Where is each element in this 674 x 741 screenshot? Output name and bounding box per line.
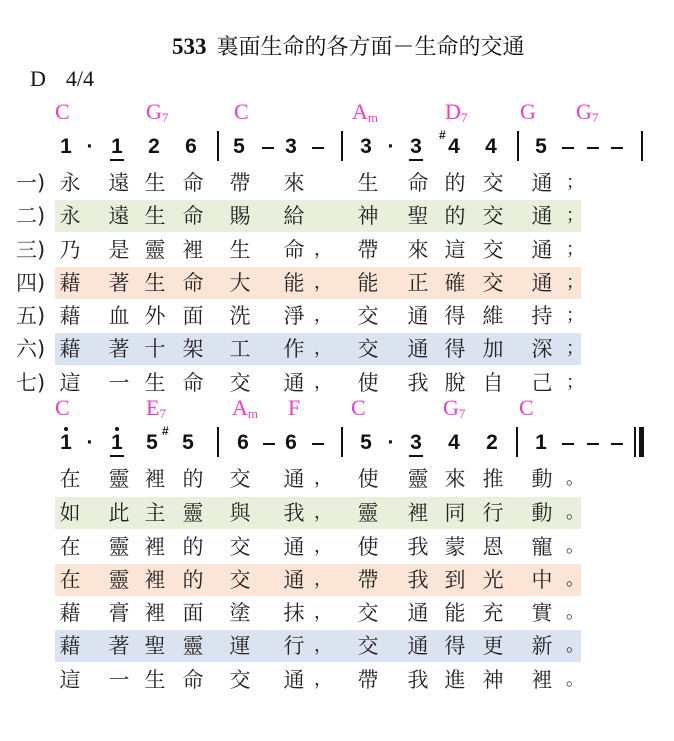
- lyric-char: 靈: [406, 467, 430, 491]
- lyric-punctuation: ；: [566, 204, 584, 228]
- lyric-char: 生: [143, 204, 167, 228]
- lyric-char: 更: [481, 634, 505, 658]
- lyric-char: 靈: [356, 501, 380, 525]
- chord: C: [351, 395, 366, 422]
- lyric-char: 交: [228, 535, 252, 559]
- note: 3: [280, 135, 302, 159]
- lyric-char: 通: [282, 668, 306, 692]
- lyric-char: 恩: [481, 535, 505, 559]
- time-signature: 4/4: [66, 66, 94, 91]
- note: 2: [481, 431, 503, 455]
- sustain-dash: [587, 443, 599, 445]
- lyric-punctuation: 。: [566, 634, 584, 658]
- lyric-char: 主: [143, 501, 167, 525]
- bar-line: [217, 427, 219, 457]
- chord: Am: [352, 99, 378, 126]
- lyric-char: 蒙: [443, 535, 467, 559]
- lyric-punctuation: ，: [314, 304, 332, 328]
- lyric-char: 靈: [143, 238, 167, 262]
- lyric-char: 到: [443, 568, 467, 592]
- lyric-char: 在: [58, 535, 82, 559]
- lyric-char: 著: [107, 337, 131, 361]
- final-barline-thin: [634, 427, 636, 457]
- lyric-char: 使: [356, 467, 380, 491]
- lyric-char: 靈: [107, 568, 131, 592]
- lyric-char: 遠: [107, 171, 131, 195]
- hymn-title: 533裏面生命的各方面－生命的交通: [172, 30, 525, 61]
- verse-number: 七): [16, 371, 45, 395]
- lyric-char: 神: [356, 204, 380, 228]
- lyric-char: 裡: [143, 601, 167, 625]
- lyric-punctuation: ，: [314, 568, 332, 592]
- lyric-char: 此: [107, 501, 131, 525]
- lyric-char: 動: [530, 467, 554, 491]
- lyric-char: 我: [406, 535, 430, 559]
- lyric-char: 著: [107, 634, 131, 658]
- verse-line: 藉著聖靈運行交通得更新，。: [0, 634, 674, 658]
- verse-number: 二): [16, 204, 45, 228]
- lyric-char: 在: [58, 568, 82, 592]
- lyric-punctuation: ，: [314, 467, 332, 491]
- lyric-char: 得: [443, 634, 467, 658]
- lyric-char: 的: [181, 467, 205, 491]
- lyric-char: 通: [406, 337, 430, 361]
- lyric-punctuation: 。: [566, 501, 584, 525]
- lyric-char: 能: [282, 271, 306, 295]
- sharp-sign: #: [162, 424, 169, 438]
- lyric-char: 生: [356, 171, 380, 195]
- note: 4: [480, 135, 502, 159]
- note: 6: [280, 431, 302, 455]
- lyric-char: 聖: [143, 634, 167, 658]
- lyric-char: 一: [107, 371, 131, 395]
- lyric-char: 新: [530, 634, 554, 658]
- lyric-char: 中: [530, 568, 554, 592]
- lyric-char: 的: [443, 204, 467, 228]
- sustain-dash: [587, 147, 599, 149]
- verse-line: 七)這一生命交通使我脫自己，；: [0, 371, 674, 395]
- note-underlined: 3: [405, 431, 427, 455]
- note: 6: [232, 431, 254, 455]
- lyric-char: 命: [181, 371, 205, 395]
- lyric-punctuation: ，: [314, 371, 332, 395]
- lyric-char: 乃: [58, 238, 82, 262]
- chord: C: [519, 395, 534, 422]
- lyric-char: 裡: [406, 501, 430, 525]
- lyric-punctuation: 。: [566, 535, 584, 559]
- lyric-char: 通: [282, 535, 306, 559]
- lyric-char: 洗: [228, 304, 252, 328]
- note: 4: [443, 431, 465, 455]
- lyric-char: 來: [406, 238, 430, 262]
- lyric-char: 交: [481, 171, 505, 195]
- lyric-char: 自: [481, 371, 505, 395]
- lyric-char: 通: [530, 271, 554, 295]
- lyric-char: 如: [58, 501, 82, 525]
- lyric-char: 確: [443, 271, 467, 295]
- lyric-char: 深: [530, 337, 554, 361]
- chord: D7: [445, 99, 467, 126]
- lyric-char: 帶: [228, 171, 252, 195]
- dotted-rhythm: ·: [83, 431, 97, 455]
- lyric-char: 靈: [181, 501, 205, 525]
- note: 1: [530, 431, 552, 455]
- lyric-char: 我: [406, 568, 430, 592]
- lyric-char: 脫: [443, 371, 467, 395]
- lyric-char: 這: [58, 668, 82, 692]
- lyric-char: 來: [443, 467, 467, 491]
- lyric-char: 交: [356, 601, 380, 625]
- note: 5: [141, 431, 163, 455]
- note: 4: [443, 135, 465, 159]
- lyric-char: 靈: [181, 634, 205, 658]
- sustain-dash: [562, 147, 574, 149]
- lyric-char: 裡: [143, 467, 167, 491]
- chord: C: [234, 99, 249, 126]
- lyric-char: 通: [406, 304, 430, 328]
- verse-line: 如此主靈與我靈裡同行動，。: [0, 501, 674, 525]
- note-underlined: 1: [106, 135, 128, 159]
- verse-line: 藉膏裡面塗抹交通能充實，。: [0, 601, 674, 625]
- lyric-char: 帶: [356, 568, 380, 592]
- lyric-punctuation: ，: [314, 337, 332, 361]
- verse-line: 六)藉著十架工作交通得加深，；: [0, 337, 674, 361]
- chord: G7: [443, 395, 465, 422]
- chord: G: [520, 99, 536, 126]
- lyric-punctuation: ，: [314, 271, 332, 295]
- lyric-char: 通: [282, 467, 306, 491]
- chord: C: [55, 395, 70, 422]
- lyric-char: 通: [530, 238, 554, 262]
- lyric-char: 這: [443, 238, 467, 262]
- hymn-title-text: 裏面生命的各方面－生命的交通: [217, 35, 525, 60]
- chord: C: [55, 99, 70, 126]
- note: 5: [228, 135, 250, 159]
- dotted-rhythm: ·: [83, 135, 97, 159]
- lyric-char: 給: [282, 204, 306, 228]
- verse-line: 三)乃是靈裡生命帶來這交通，；: [0, 238, 674, 262]
- lyric-char: 神: [481, 668, 505, 692]
- sustain-dash: [312, 147, 324, 149]
- lyric-char: 的: [181, 568, 205, 592]
- lyric-char: 靈: [107, 467, 131, 491]
- lyric-char: 通: [530, 204, 554, 228]
- lyric-char: 生: [228, 238, 252, 262]
- note: 5: [355, 431, 377, 455]
- lyric-char: 靈: [107, 535, 131, 559]
- lyric-char: 淨: [282, 304, 306, 328]
- bar-line: [641, 131, 643, 161]
- lyric-char: 正: [406, 271, 430, 295]
- lyric-char: 帶: [356, 668, 380, 692]
- chord: Am: [232, 395, 258, 422]
- lyric-char: 與: [228, 501, 252, 525]
- final-barline-thick: [639, 427, 644, 457]
- lyric-char: 持: [530, 304, 554, 328]
- lyric-punctuation: 。: [566, 467, 584, 491]
- lyric-char: 一: [107, 668, 131, 692]
- lyric-char: 賜: [228, 204, 252, 228]
- verse-line: 在靈裡的交通使靈來推動，。: [0, 467, 674, 491]
- note: 1: [55, 135, 77, 159]
- lyric-char: 抹: [282, 601, 306, 625]
- lyric-char: 永: [58, 204, 82, 228]
- lyric-char: 裡: [181, 238, 205, 262]
- lyric-char: 帶: [356, 238, 380, 262]
- lyric-char: 生: [143, 668, 167, 692]
- lyric-char: 通: [282, 371, 306, 395]
- verse-number: 五): [16, 304, 45, 328]
- verse-number: 一): [16, 171, 45, 195]
- verse-line: 五)藉血外面洗淨交通得維持，；: [0, 304, 674, 328]
- lyric-char: 生: [143, 171, 167, 195]
- lyric-punctuation: ；: [566, 171, 584, 195]
- lyric-punctuation: ，: [314, 634, 332, 658]
- sustain-dash: [611, 443, 623, 445]
- lyric-char: 塗: [228, 601, 252, 625]
- lyric-char: 命: [181, 271, 205, 295]
- lyric-char: 工: [228, 337, 252, 361]
- lyric-char: 的: [443, 171, 467, 195]
- hymn-number: 533: [172, 34, 207, 59]
- note-underlined: 3: [405, 135, 427, 159]
- lyric-punctuation: ，: [314, 501, 332, 525]
- lyric-punctuation: ，: [314, 668, 332, 692]
- lyric-char: 得: [443, 337, 467, 361]
- note: 2: [143, 135, 165, 159]
- sustain-dash: [312, 443, 324, 445]
- lyric-char: 通: [406, 634, 430, 658]
- lyric-punctuation: ；: [566, 337, 584, 361]
- lyric-char: 這: [58, 371, 82, 395]
- sustain-dash: [262, 147, 274, 149]
- verse-line: 二)永遠生命賜給神聖的交通；: [0, 204, 674, 228]
- lyric-char: 藉: [58, 337, 82, 361]
- lyric-char: 交: [356, 337, 380, 361]
- lyric-char: 得: [443, 304, 467, 328]
- lyric-char: 交: [481, 271, 505, 295]
- lyric-char: 運: [228, 634, 252, 658]
- sustain-dash: [611, 147, 623, 149]
- dotted-rhythm: ·: [384, 135, 398, 159]
- bar-line: [517, 131, 519, 161]
- lyric-char: 血: [107, 304, 131, 328]
- lyric-char: 作: [282, 337, 306, 361]
- verse-line: 在靈裡的交通使我蒙恩寵，。: [0, 535, 674, 559]
- lyric-char: 行: [282, 634, 306, 658]
- lyric-char: 動: [530, 501, 554, 525]
- lyric-char: 進: [443, 668, 467, 692]
- lyric-char: 大: [228, 271, 252, 295]
- lyric-char: 十: [143, 337, 167, 361]
- lyric-char: 能: [356, 271, 380, 295]
- bar-line: [516, 427, 518, 457]
- lyric-char: 命: [181, 171, 205, 195]
- lyric-char: 交: [481, 204, 505, 228]
- dotted-rhythm: ·: [384, 431, 398, 455]
- bar-line: [217, 131, 219, 161]
- sustain-dash: [263, 443, 275, 445]
- lyric-punctuation: 。: [566, 668, 584, 692]
- lyric-char: 架: [181, 337, 205, 361]
- lyric-char: 命: [181, 668, 205, 692]
- lyric-char: 寵: [530, 535, 554, 559]
- lyric-punctuation: ，: [314, 238, 332, 262]
- lyric-char: 交: [228, 467, 252, 491]
- sustain-dash: [562, 443, 574, 445]
- lyric-char: 是: [107, 238, 131, 262]
- lyric-char: 通: [406, 601, 430, 625]
- lyric-char: 面: [181, 304, 205, 328]
- lyric-char: 面: [181, 601, 205, 625]
- verse-number: 四): [16, 271, 45, 295]
- chord: E7: [146, 395, 166, 422]
- lyric-char: 交: [228, 371, 252, 395]
- lyric-punctuation: ，: [314, 535, 332, 559]
- lyric-char: 來: [282, 171, 306, 195]
- key: D: [30, 66, 46, 91]
- lyric-punctuation: ；: [566, 304, 584, 328]
- verse-number: 三): [16, 238, 45, 262]
- lyric-char: 通: [282, 568, 306, 592]
- lyric-char: 光: [481, 568, 505, 592]
- lyric-char: 我: [406, 668, 430, 692]
- lyric-char: 我: [282, 501, 306, 525]
- lyric-char: 生: [143, 271, 167, 295]
- lyric-char: 實: [530, 601, 554, 625]
- lyric-char: 聖: [406, 204, 430, 228]
- verse-line: 四)藉著生命大能能正確交通，；: [0, 271, 674, 295]
- note-high-octave-underlined: 1: [106, 431, 128, 455]
- lyric-char: 裡: [143, 535, 167, 559]
- bar-line: [341, 131, 343, 161]
- lyric-char: 我: [406, 371, 430, 395]
- lyric-char: 膏: [107, 601, 131, 625]
- lyric-char: 行: [481, 501, 505, 525]
- lyric-char: 命: [181, 204, 205, 228]
- verse-line: 這一生命交通帶我進神裡，。: [0, 668, 674, 692]
- lyric-char: 使: [356, 371, 380, 395]
- lyric-char: 充: [481, 601, 505, 625]
- lyric-char: 能: [443, 601, 467, 625]
- lyric-char: 裡: [530, 668, 554, 692]
- chord: F: [288, 395, 300, 422]
- lyric-punctuation: ；: [566, 271, 584, 295]
- lyric-char: 推: [481, 467, 505, 491]
- lyric-char: 維: [481, 304, 505, 328]
- key-signature: D4/4: [30, 66, 114, 92]
- lyric-punctuation: ；: [566, 238, 584, 262]
- chord: G7: [146, 99, 168, 126]
- note: 3: [355, 135, 377, 159]
- lyric-char: 裡: [143, 568, 167, 592]
- lyric-char: 的: [181, 535, 205, 559]
- lyric-char: 交: [228, 668, 252, 692]
- lyric-char: 遠: [107, 204, 131, 228]
- lyric-char: 外: [143, 304, 167, 328]
- note: 5: [177, 431, 199, 455]
- note: 6: [180, 135, 202, 159]
- lyric-char: 命: [282, 238, 306, 262]
- lyric-char: 藉: [58, 304, 82, 328]
- lyric-punctuation: ，: [314, 601, 332, 625]
- lyric-char: 通: [530, 171, 554, 195]
- lyric-char: 生: [143, 371, 167, 395]
- lyric-char: 藉: [58, 271, 82, 295]
- lyric-char: 同: [443, 501, 467, 525]
- note: 5: [530, 135, 552, 159]
- lyric-char: 使: [356, 535, 380, 559]
- verse-line: 在靈裡的交通帶我到光中，。: [0, 568, 674, 592]
- verse-line: 一)永遠生命帶來生命的交通；: [0, 171, 674, 195]
- bar-line: [341, 427, 343, 457]
- note-high-octave: 1: [55, 431, 77, 455]
- lyric-char: 永: [58, 171, 82, 195]
- verse-number: 六): [16, 337, 45, 361]
- lyric-char: 己: [530, 371, 554, 395]
- lyric-char: 藉: [58, 634, 82, 658]
- chord: G7: [576, 99, 598, 126]
- lyric-punctuation: 。: [566, 568, 584, 592]
- lyric-punctuation: ；: [566, 371, 584, 395]
- lyric-punctuation: 。: [566, 601, 584, 625]
- lyric-char: 藉: [58, 601, 82, 625]
- lyric-char: 在: [58, 467, 82, 491]
- lyric-char: 交: [481, 238, 505, 262]
- lyric-char: 交: [356, 634, 380, 658]
- lyric-char: 命: [406, 171, 430, 195]
- lyric-char: 加: [481, 337, 505, 361]
- lyric-char: 交: [356, 304, 380, 328]
- lyric-char: 著: [107, 271, 131, 295]
- lyric-char: 交: [228, 568, 252, 592]
